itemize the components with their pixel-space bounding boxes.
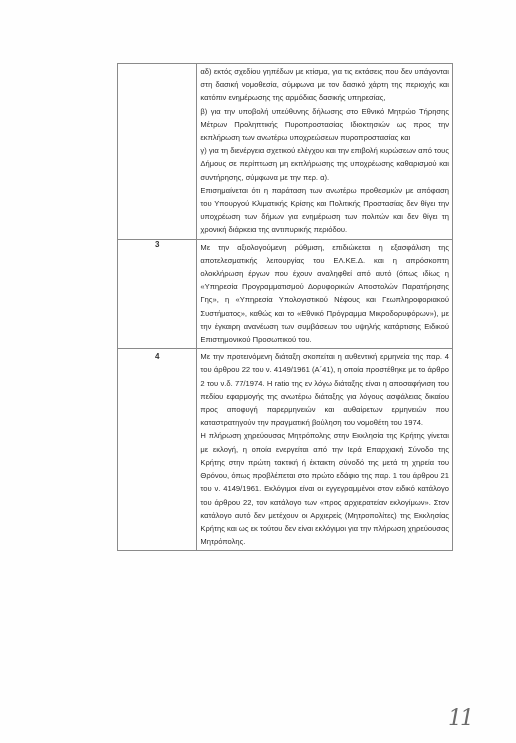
paragraph: αδ) εκτός σχεδίου γηπέδων με κτίσμα, για… — [200, 65, 449, 105]
row-number-cell — [118, 64, 197, 240]
paragraph: Η πλήρωση χηρεύουσας Μητρόπολης στην Εκκ… — [200, 429, 449, 548]
row-text-cell: Με την αξιολογούμενη ρύθμιση, επιδιώκετα… — [197, 239, 453, 349]
row-number-cell: 3 — [118, 239, 197, 349]
table-row: 3 Με την αξιολογούμενη ρύθμιση, επιδιώκε… — [118, 239, 453, 349]
document-page: αδ) εκτός σχεδίου γηπέδων με κτίσμα, για… — [0, 0, 516, 743]
paragraph: γ) για τη διενέργεια σχετικού ελέγχου κα… — [200, 144, 449, 184]
row-text-cell: Με την προτεινόμενη διάταξη σκοπείται η … — [197, 349, 453, 551]
table-row: 4 Με την προτεινόμενη διάταξη σκοπείται … — [118, 349, 453, 551]
table-row: αδ) εκτός σχεδίου γηπέδων με κτίσμα, για… — [118, 64, 453, 240]
row-number-cell: 4 — [118, 349, 197, 551]
regulatory-table: αδ) εκτός σχεδίου γηπέδων με κτίσμα, για… — [117, 63, 453, 551]
paragraph: Με την προτεινόμενη διάταξη σκοπείται η … — [200, 350, 449, 429]
paragraph: Με την αξιολογούμενη ρύθμιση, επιδιώκετα… — [200, 241, 449, 347]
row-text-cell: αδ) εκτός σχεδίου γηπέδων με κτίσμα, για… — [197, 64, 453, 240]
handwritten-page-number: 11 — [448, 706, 472, 731]
paragraph: β) για την υποβολή υπεύθυνης δήλωσης στο… — [200, 105, 449, 145]
paragraph: Επισημαίνεται ότι η παράταση των ανωτέρω… — [200, 184, 449, 237]
